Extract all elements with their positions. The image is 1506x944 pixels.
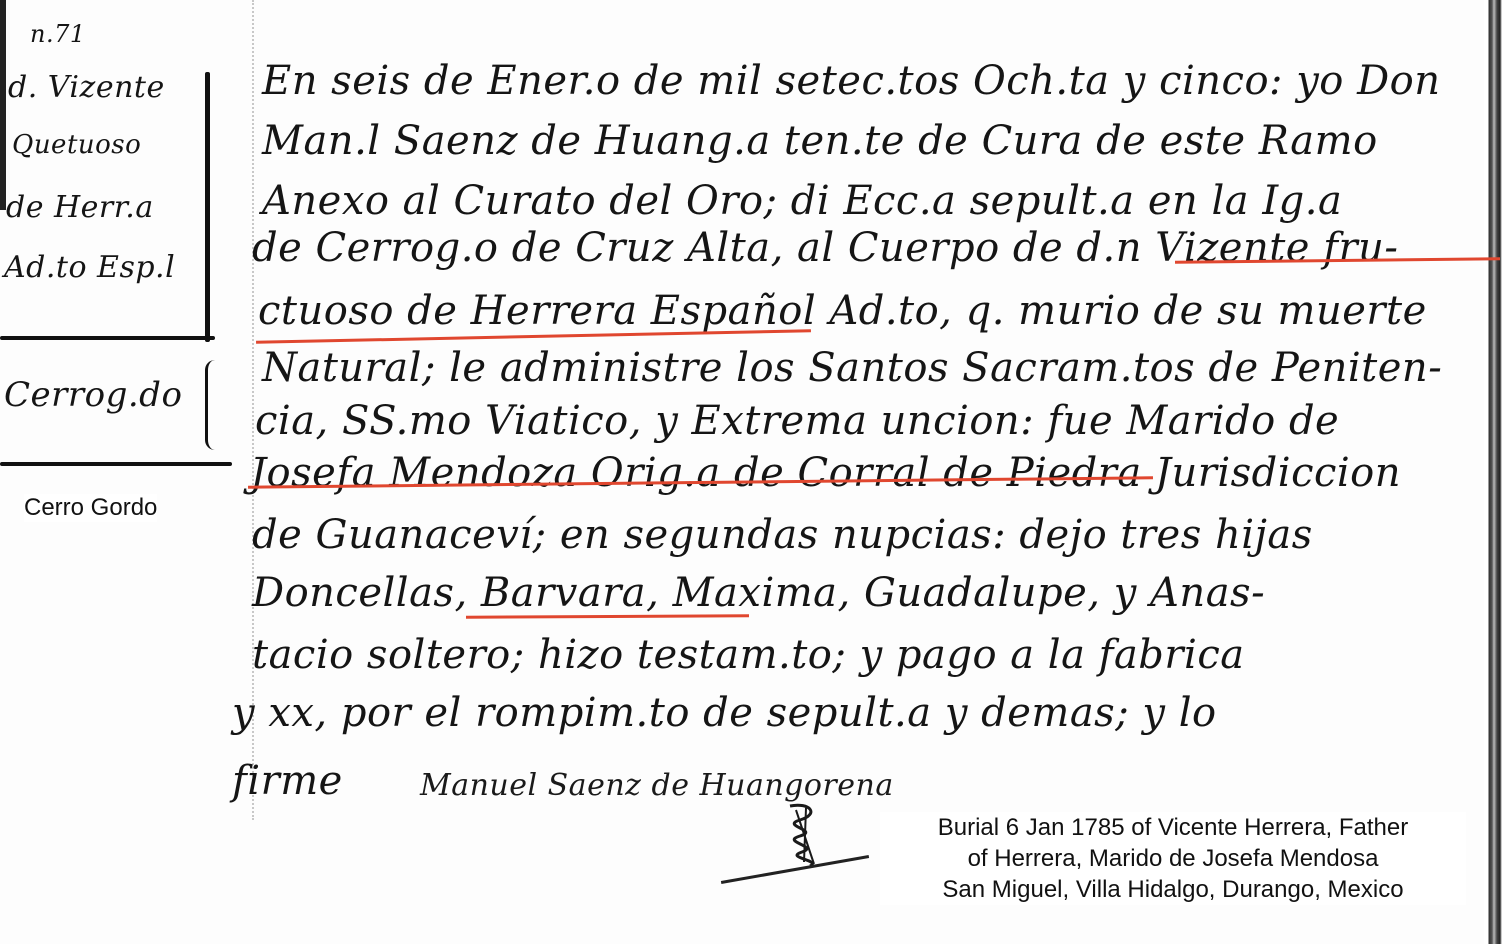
underline-barvara	[466, 614, 749, 618]
place-label: Cerro Gordo	[24, 494, 157, 522]
margin-place: Cerrog.do	[4, 375, 182, 415]
record-line-7: cia, SS.mo Viatico, y Extrema uncion: fu…	[255, 398, 1339, 444]
caption-line-1: Burial 6 Jan 1785 of Vicente Herrera, Fa…	[880, 812, 1466, 843]
margin-given-name: d. Vizente	[8, 70, 165, 105]
margin-surname: de Herr.a	[6, 190, 154, 225]
margin-status: Ad.to Esp.l	[4, 250, 175, 285]
priest-signature: Manuel Saenz de Huangorena	[420, 768, 894, 803]
record-line-2: Man.l Saenz de Huang.a ten.te de Cura de…	[262, 118, 1378, 164]
signature-rubric-icon	[770, 800, 840, 870]
record-line-5: ctuoso de Herrera Español Ad.to, q. muri…	[258, 288, 1427, 334]
caption: Burial 6 Jan 1785 of Vicente Herrera, Fa…	[880, 812, 1466, 905]
record-line-1: En seis de Ener.o de mil setec.tos Och.t…	[262, 58, 1441, 104]
scan-left-border	[0, 0, 6, 210]
margin-divider-line	[0, 462, 232, 466]
margin-brace	[205, 360, 222, 450]
record-line-4: de Cerrog.o de Cruz Alta, al Cuerpo de d…	[252, 225, 1398, 271]
record-line-3: Anexo al Curato del Oro; di Ecc.a sepult…	[262, 178, 1342, 224]
record-line-9: de Guanaceví; en segundas nupcias: dejo …	[252, 512, 1313, 558]
record-line-11: tacio soltero; hizo testam.to; y pago a …	[252, 632, 1245, 678]
record-line-6: Natural; le administre los Santos Sacram…	[262, 345, 1442, 391]
record-line-12: y xx, por el rompim.to de sepult.a y dem…	[232, 690, 1217, 736]
margin-box-bottom-line	[0, 336, 215, 340]
margin-second-name: Quetuoso	[12, 130, 141, 160]
record-line-10: Doncellas, Barvara, Maxima, Guadalupe, y…	[252, 570, 1265, 616]
margin-box-right-line	[205, 72, 210, 342]
record-line-13: firme	[232, 758, 343, 804]
margin-entry-number: n.71	[30, 20, 86, 48]
record-line-8: Josefa Mendoza Orig.a de Corral de Piedr…	[250, 450, 1401, 496]
document-scan: n.71 d. Vizente Quetuoso de Herr.a Ad.to…	[0, 0, 1506, 944]
caption-line-3: San Miguel, Villa Hidalgo, Durango, Mexi…	[880, 874, 1466, 905]
scan-right-border	[1484, 0, 1506, 944]
caption-line-2: of Herrera, Marido de Josefa Mendosa	[880, 843, 1466, 874]
